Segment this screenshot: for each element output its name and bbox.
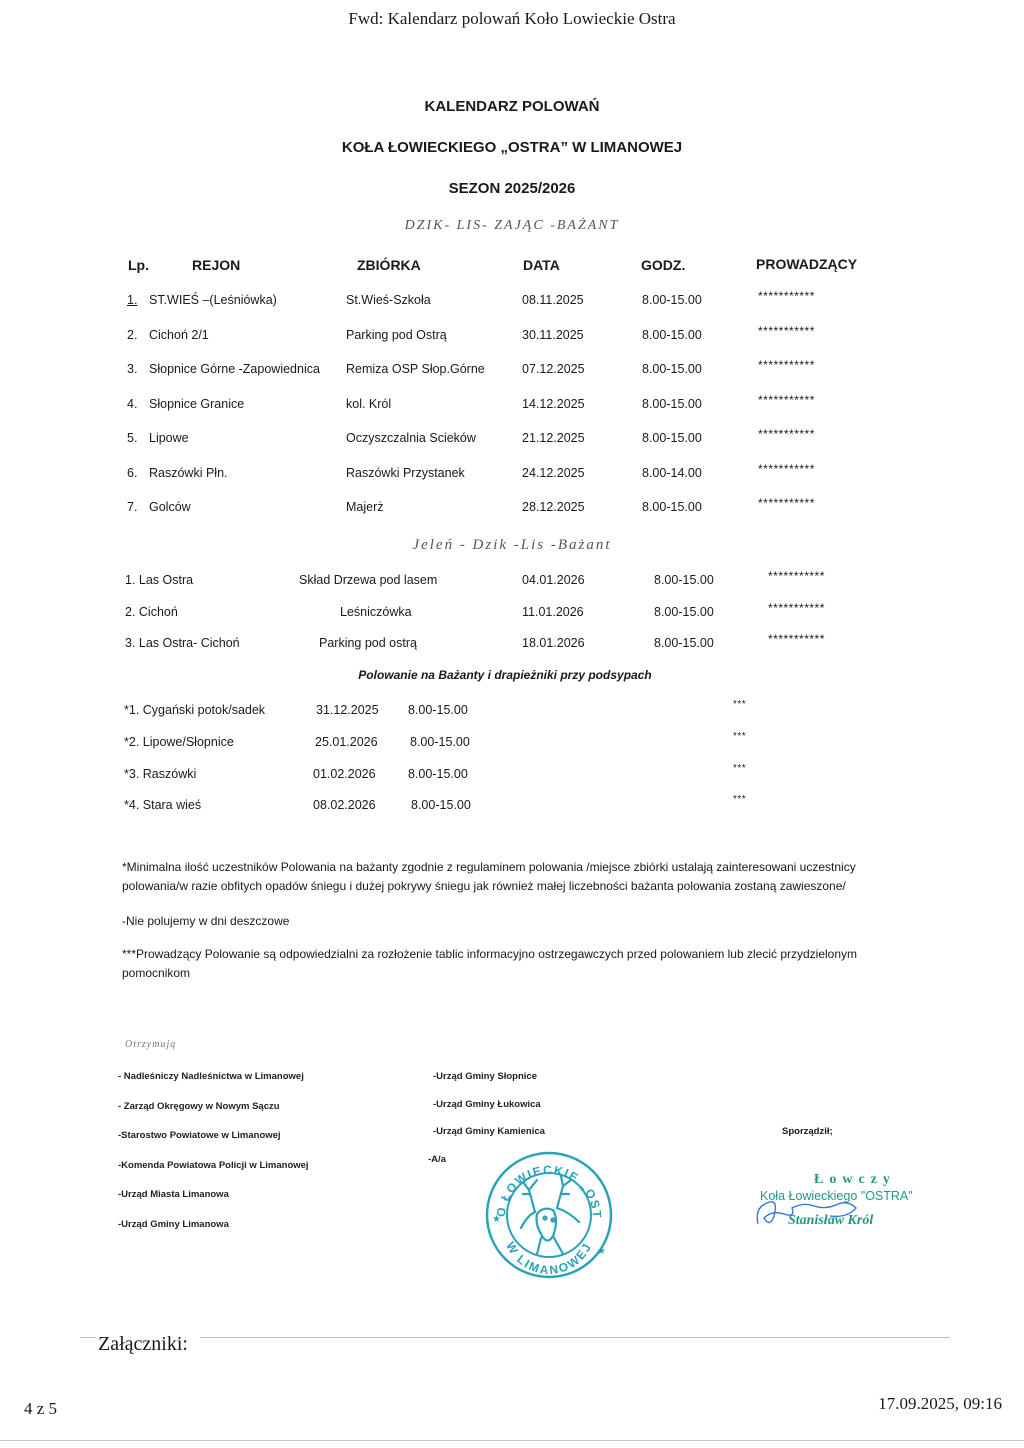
row-zbiorka: Parking pod Ostrą	[346, 328, 447, 342]
row-prowadzacy: ***********	[758, 324, 815, 338]
document-heading: KALENDARZ POLOWAŃ	[0, 98, 1024, 115]
row-lp: 7.	[127, 500, 137, 514]
row-prowadzacy: ***	[733, 763, 746, 774]
page-indicator: 4 z 5	[24, 1399, 57, 1419]
stamp-seal-icon: KOŁO ŁOWIECKIE „OSTRA” W LIMANOWEJ ★ ★	[483, 1150, 615, 1280]
row-godz: 8.00-15.00	[410, 735, 470, 749]
recipient-item: -Urząd Gminy Słopnice	[433, 1071, 537, 1082]
row-godz: 8.00-14.00	[642, 466, 702, 480]
season-heading: SEZON 2025/2026	[0, 180, 1024, 197]
recipient-item: -Urząd Gminy Kamienica	[433, 1126, 545, 1137]
col-prowadzacy: PROWADZĄCY	[756, 256, 857, 272]
row-data: 01.02.2026	[313, 767, 376, 781]
row-rejon: Raszówki Płn.	[149, 466, 228, 480]
row-rejon: *4. Stara wieś	[124, 798, 201, 812]
row-zbiorka: Leśniczówka	[340, 605, 412, 619]
row-prowadzacy: ***********	[768, 601, 825, 615]
recipient-item: -Urząd Gminy Łukowica	[433, 1099, 541, 1110]
row-prowadzacy: ***********	[758, 358, 815, 372]
section-3-title: Polowanie na Bażanty i drapieżniki przy …	[0, 668, 1010, 682]
row-data: 28.12.2025	[522, 500, 585, 514]
row-godz: 8.00-15.00	[642, 362, 702, 376]
svg-text:W LIMANOWEJ: W LIMANOWEJ	[503, 1239, 595, 1277]
row-godz: 8.00-15.00	[408, 703, 468, 717]
row-prowadzacy: ***********	[758, 393, 815, 407]
row-lp: 1.	[127, 293, 137, 307]
row-rejon: ST.WIEŚ –(Leśniówka)	[149, 293, 277, 307]
row-rejon: Cichoń 2/1	[149, 328, 209, 342]
row-rejon: Golców	[149, 500, 191, 514]
section-1-title: DZIK- LIS- ZAJĄC -BAŻANT	[0, 218, 1024, 234]
row-zbiorka: St.Wieś-Szkoła	[346, 293, 431, 307]
row-data: 11.01.2026	[522, 605, 584, 619]
svg-text:★: ★	[492, 1214, 501, 1225]
row-zbiorka: Raszówki Przystanek	[346, 466, 465, 480]
club-stamp: KOŁO ŁOWIECKIE „OSTRA” W LIMANOWEJ ★ ★	[483, 1150, 615, 1280]
row-prowadzacy: ***********	[758, 427, 815, 441]
handwritten-signature-icon	[752, 1188, 892, 1232]
row-prowadzacy: ***********	[768, 569, 825, 583]
prepared-by-label: Sporządził;	[782, 1126, 833, 1137]
row-data: 08.11.2025	[522, 293, 584, 307]
row-prowadzacy: ***********	[758, 289, 815, 303]
col-data: DATA	[523, 257, 560, 273]
page-bottom-rule	[0, 1440, 1024, 1441]
row-rejon: *1. Cygański potok/sadek	[124, 703, 265, 717]
recipient-item: -Starostwo Powiatowe w Limanowej	[118, 1130, 281, 1141]
col-rejon: REJON	[192, 257, 240, 273]
row-prowadzacy: ***********	[758, 496, 815, 510]
row-rejon: Słopnice Górne -Zapowiednica	[149, 362, 320, 376]
row-rejon: Lipowe	[149, 431, 189, 445]
printed-timestamp: 17.09.2025, 09:16	[878, 1394, 1002, 1414]
row-data: 21.12.2025	[522, 431, 585, 445]
attachments-rule	[200, 1337, 950, 1338]
row-rejon: *3. Raszówki	[124, 767, 196, 781]
section-2-title: Jeleń - Dzik -Lis -Bażant	[0, 537, 1024, 554]
row-data: 08.02.2026	[313, 798, 376, 812]
row-rejon: 3. Las Ostra- Cichoń	[125, 636, 240, 650]
row-godz: 8.00-15.00	[654, 605, 714, 619]
attachments-rule-left	[80, 1337, 96, 1338]
row-zbiorka: Remiza OSP Słop.Górne	[346, 362, 485, 376]
col-godz: GODZ.	[641, 257, 685, 273]
row-rejon: 1. Las Ostra	[125, 573, 193, 587]
recipient-item: -Urząd Gminy Limanowa	[118, 1219, 229, 1230]
row-prowadzacy: ***	[733, 794, 746, 805]
signature-title: Łowczy	[814, 1172, 896, 1188]
document-subheading: KOŁA ŁOWIECKIEGO „OSTRA” W LIMANOWEJ	[0, 139, 1024, 156]
row-rejon: 2. Cichoń	[125, 605, 178, 619]
row-data: 25.01.2026	[315, 735, 378, 749]
row-godz: 8.00-15.00	[408, 767, 468, 781]
row-data: 18.01.2026	[522, 636, 585, 650]
row-prowadzacy: ***	[733, 731, 746, 742]
col-zbiorka: ZBIÓRKA	[357, 257, 421, 273]
row-prowadzacy: ***	[733, 699, 746, 710]
col-lp: Lp.	[128, 257, 149, 273]
recipient-item: -A/a	[428, 1154, 446, 1165]
row-data: 31.12.2025	[316, 703, 379, 717]
note-rain: -Nie polujemy w dni deszczowe	[122, 912, 902, 931]
row-lp: 4.	[127, 397, 137, 411]
recipients-label: Otrzymują	[125, 1039, 176, 1050]
row-data: 30.11.2025	[522, 328, 584, 342]
row-godz: 8.00-15.00	[654, 636, 714, 650]
row-lp: 3.	[127, 362, 137, 376]
row-prowadzacy: ***********	[768, 632, 825, 646]
row-data: 14.12.2025	[522, 397, 585, 411]
row-rejon: *2. Lipowe/Słopnice	[124, 735, 234, 749]
row-zbiorka: Majerż	[346, 500, 384, 514]
svg-text:★: ★	[597, 1246, 606, 1257]
row-lp: 6.	[127, 466, 137, 480]
recipient-item: -Urząd Miasta Limanowa	[118, 1189, 229, 1200]
note-minimum-participants: *Minimalna ilość uczestników Polowania n…	[122, 858, 902, 896]
row-zbiorka: Skład Drzewa pod lasem	[299, 573, 437, 587]
row-data: 04.01.2026	[522, 573, 585, 587]
row-prowadzacy: ***********	[758, 462, 815, 476]
row-godz: 8.00-15.00	[411, 798, 471, 812]
row-lp: 2.	[127, 328, 137, 342]
row-data: 24.12.2025	[522, 466, 585, 480]
recipient-item: -Komenda Powiatowa Policji w Limanowej	[118, 1160, 309, 1171]
recipient-item: - Zarząd Okręgowy w Nowym Sączu	[118, 1101, 280, 1112]
row-zbiorka: kol. Król	[346, 397, 391, 411]
row-godz: 8.00-15.00	[642, 293, 702, 307]
row-zbiorka: Parking pod ostrą	[319, 636, 417, 650]
row-godz: 8.00-15.00	[654, 573, 714, 587]
row-godz: 8.00-15.00	[642, 431, 702, 445]
recipient-item: - Nadleśniczy Nadleśnictwa w Limanowej	[118, 1071, 304, 1082]
row-data: 07.12.2025	[522, 362, 585, 376]
row-rejon: Słopnice Granice	[149, 397, 244, 411]
row-godz: 8.00-15.00	[642, 500, 702, 514]
row-lp: 5.	[127, 431, 137, 445]
row-godz: 8.00-15.00	[642, 397, 702, 411]
attachments-label: Załączniki:	[98, 1333, 188, 1356]
row-godz: 8.00-15.00	[642, 328, 702, 342]
note-leaders: ***Prowadzący Polowanie są odpowiedzialn…	[122, 945, 902, 983]
row-zbiorka: Oczyszczalnia Scieków	[346, 431, 476, 445]
print-header-title: Fwd: Kalendarz polowań Koło Lowieckie Os…	[0, 9, 1024, 29]
